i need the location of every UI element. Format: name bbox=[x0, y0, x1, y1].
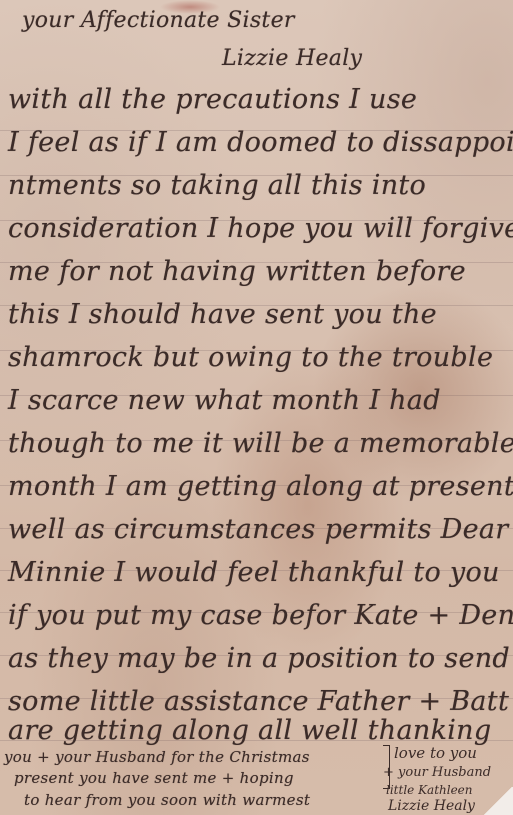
body-line: if you put my case befor Kate + Dennie bbox=[8, 600, 509, 631]
body-line: are getting along all well thanking bbox=[8, 715, 509, 746]
signature: Lizzie Healy bbox=[222, 46, 509, 71]
margin-note-line: love to you bbox=[394, 744, 477, 762]
body-line: Minnie I would feel thankful to you bbox=[8, 557, 509, 588]
body-line: consideration I hope you will forgive bbox=[8, 213, 509, 244]
body-line: ntments so taking all this into bbox=[8, 170, 509, 201]
body-line: well as circumstances permits Dear bbox=[8, 514, 509, 545]
body-line: though to me it will be a memorable bbox=[8, 428, 509, 459]
body-line: me for not having written before bbox=[8, 256, 509, 287]
body-line: I scarce new what month I had bbox=[8, 385, 509, 416]
body-line: with all the precautions I use bbox=[8, 84, 509, 115]
torn-corner bbox=[483, 787, 513, 815]
letter-page: your Affectionate Sister Lizzie Healy wi… bbox=[0, 0, 513, 815]
margin-note-line: Lizzie Healy bbox=[388, 798, 475, 814]
body-line: I feel as if I am doomed to dissappoi bbox=[8, 127, 509, 158]
margin-note-line: little Kathleen bbox=[386, 783, 473, 797]
margin-note-line: + your Husband bbox=[383, 765, 491, 780]
body-line: this I should have sent you the bbox=[8, 299, 509, 330]
body-line: shamrock but owing to the trouble bbox=[8, 342, 509, 373]
body-line: as they may be in a position to send me bbox=[8, 643, 509, 674]
body-line: month I am getting along at present as bbox=[8, 471, 509, 502]
valediction: your Affectionate Sister bbox=[22, 8, 509, 33]
body-line: some little assistance Father + Batt bbox=[8, 686, 509, 717]
